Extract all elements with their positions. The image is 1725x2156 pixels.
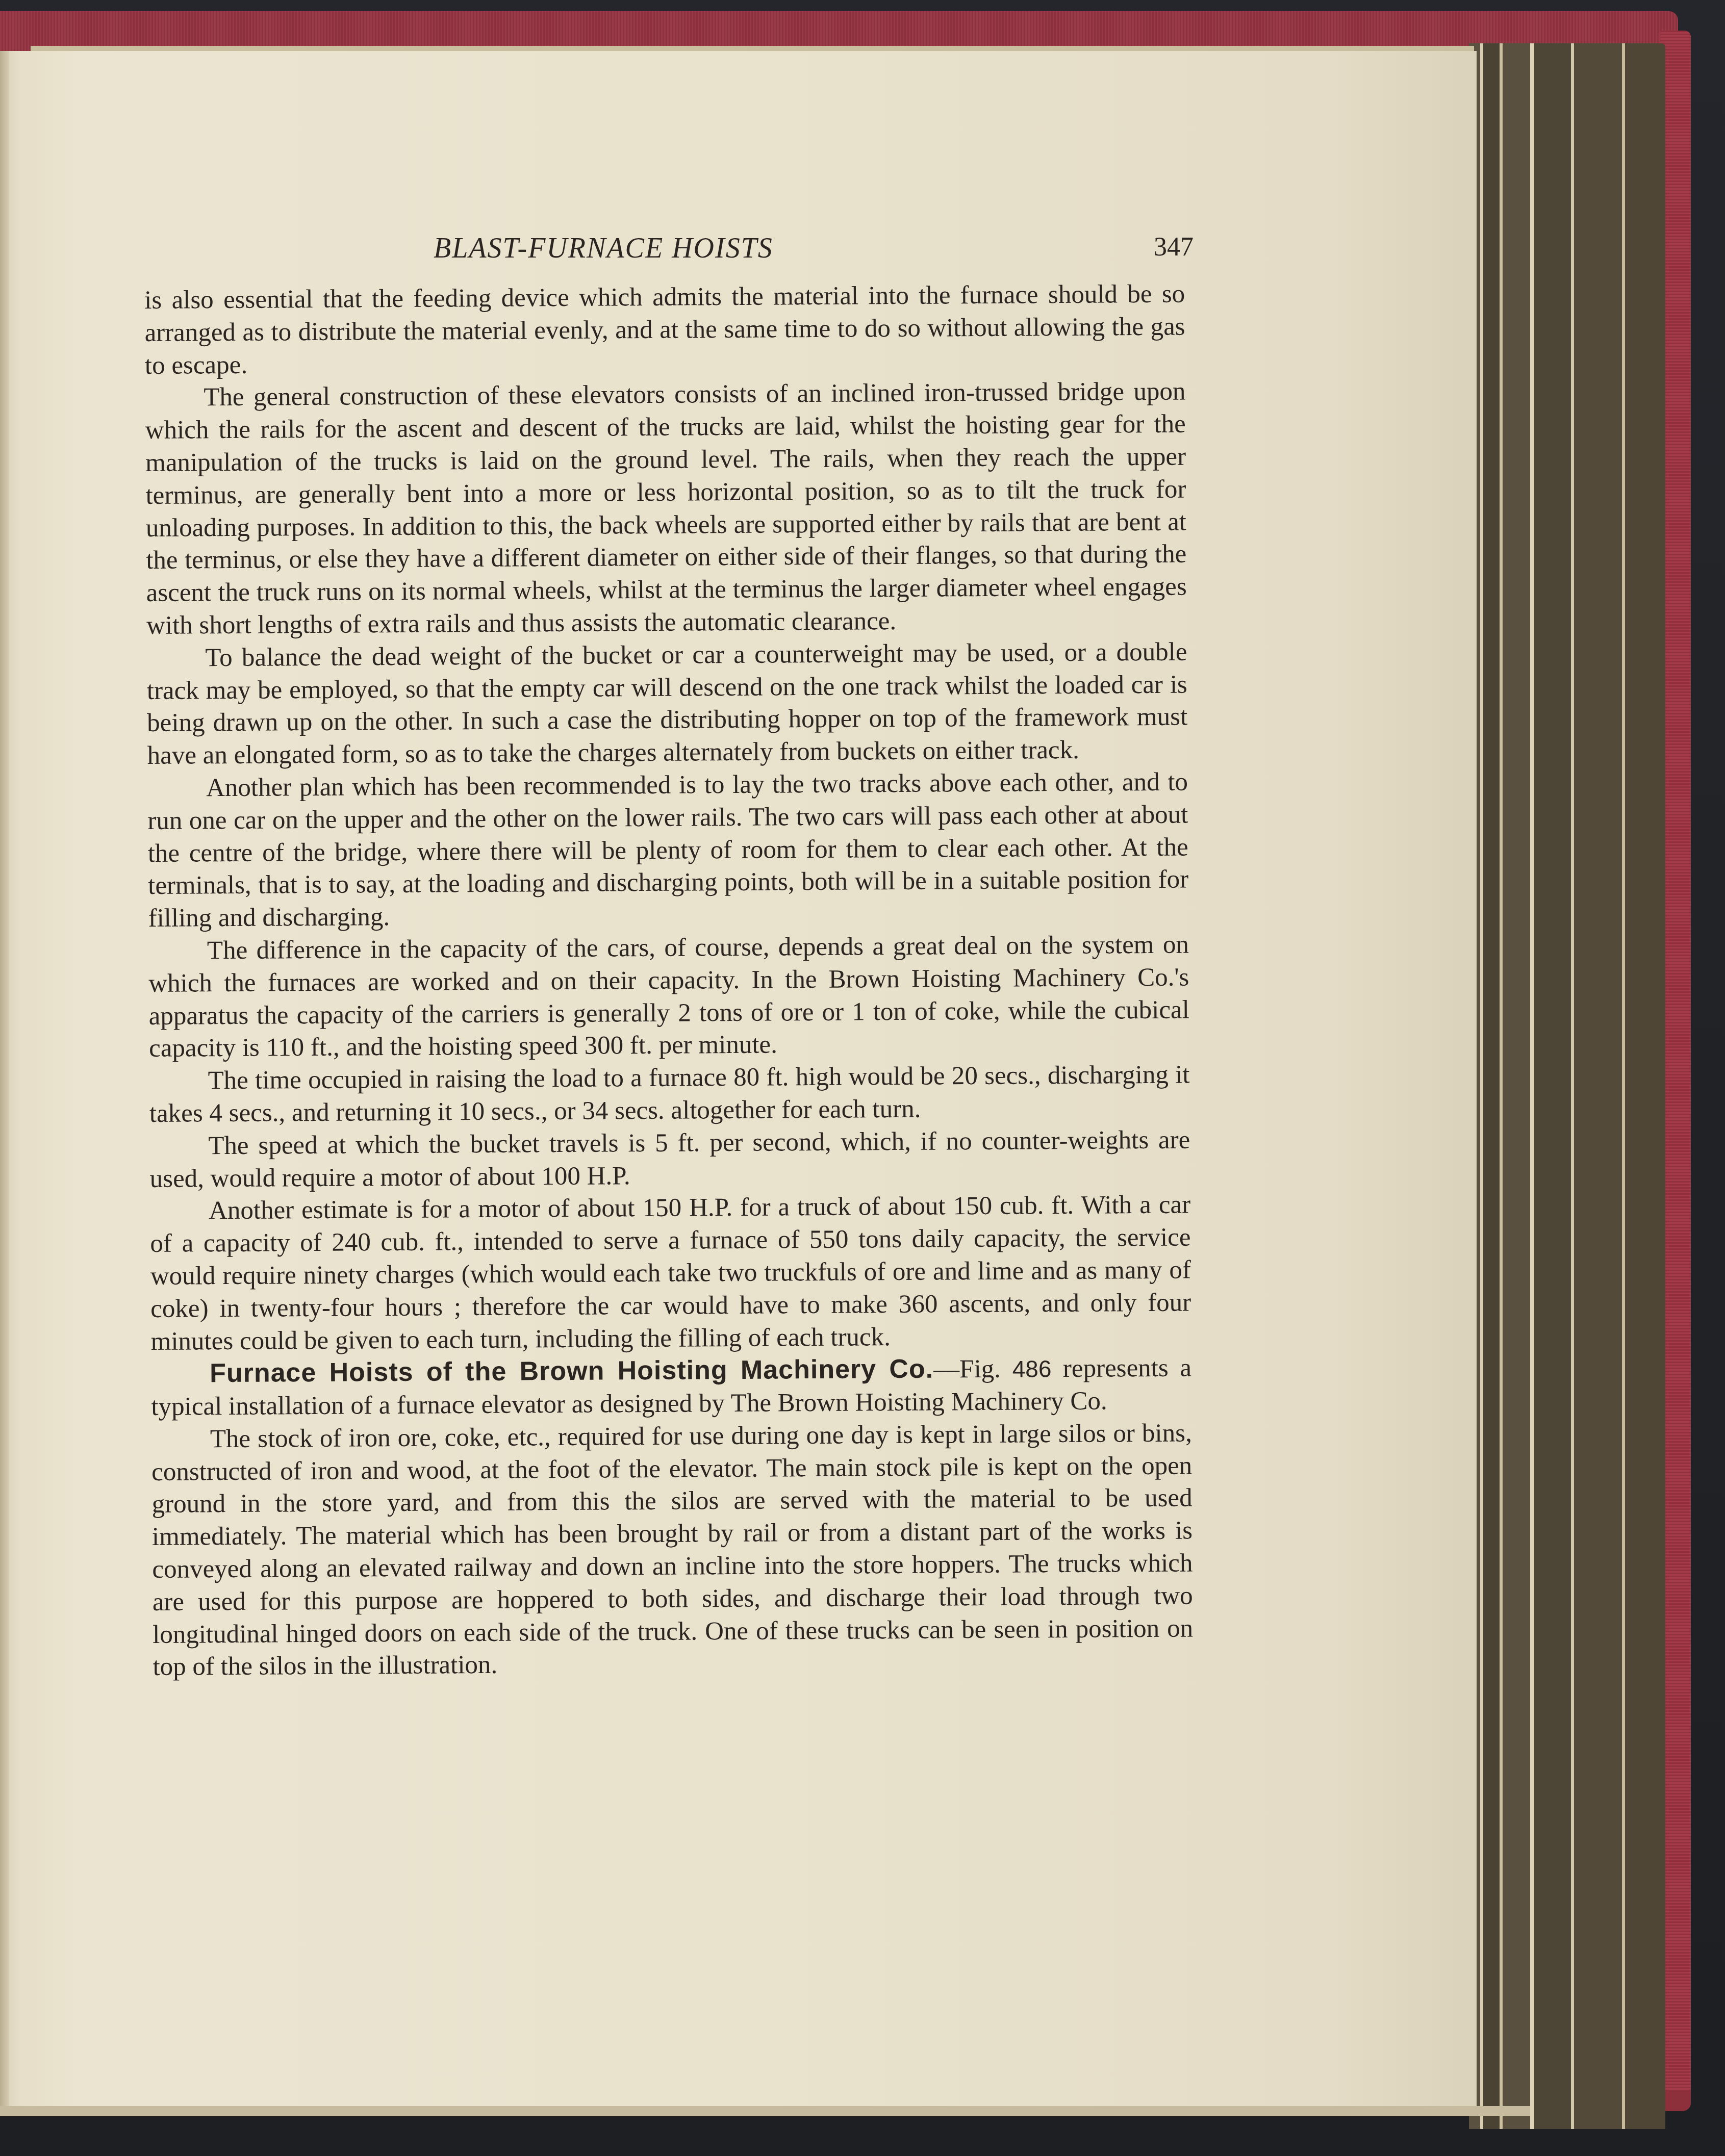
body-text: is also essential that the feeding devic… xyxy=(144,278,1194,1684)
running-head: BLAST-FURNACE HOISTS 347 xyxy=(434,232,1194,268)
paragraph: The speed at which the bucket travels is… xyxy=(149,1124,1190,1195)
figure-reference: 486 xyxy=(1012,1355,1051,1382)
paragraph: Another plan which has been recommended … xyxy=(147,766,1189,935)
figure-dash: —Fig. xyxy=(933,1355,1012,1384)
paragraph: The difference in the capacity of the ca… xyxy=(148,929,1190,1065)
page-bottom-edge xyxy=(0,2106,1530,2116)
page-block-fore-edge xyxy=(1469,43,1665,2129)
paragraph: Another estimate is for a motor of about… xyxy=(150,1189,1191,1358)
paragraph: is also essential that the feeding devic… xyxy=(144,278,1185,382)
section-heading: Furnace Hoists of the Brown Hoisting Mac… xyxy=(210,1354,934,1389)
running-title: BLAST-FURNACE HOISTS xyxy=(434,232,773,265)
paragraph: The general construction of these elevat… xyxy=(145,376,1187,643)
page-gutter xyxy=(0,51,9,2106)
paragraph: The time occupied in raising the load to… xyxy=(149,1059,1190,1131)
section-paragraph: Furnace Hoists of the Brown Hoisting Mac… xyxy=(151,1352,1192,1424)
page-number: 347 xyxy=(1154,232,1194,262)
paragraph: To balance the dead weight of the bucket… xyxy=(146,636,1188,773)
paragraph: The stock of iron ore, coke, etc., requi… xyxy=(151,1417,1194,1684)
